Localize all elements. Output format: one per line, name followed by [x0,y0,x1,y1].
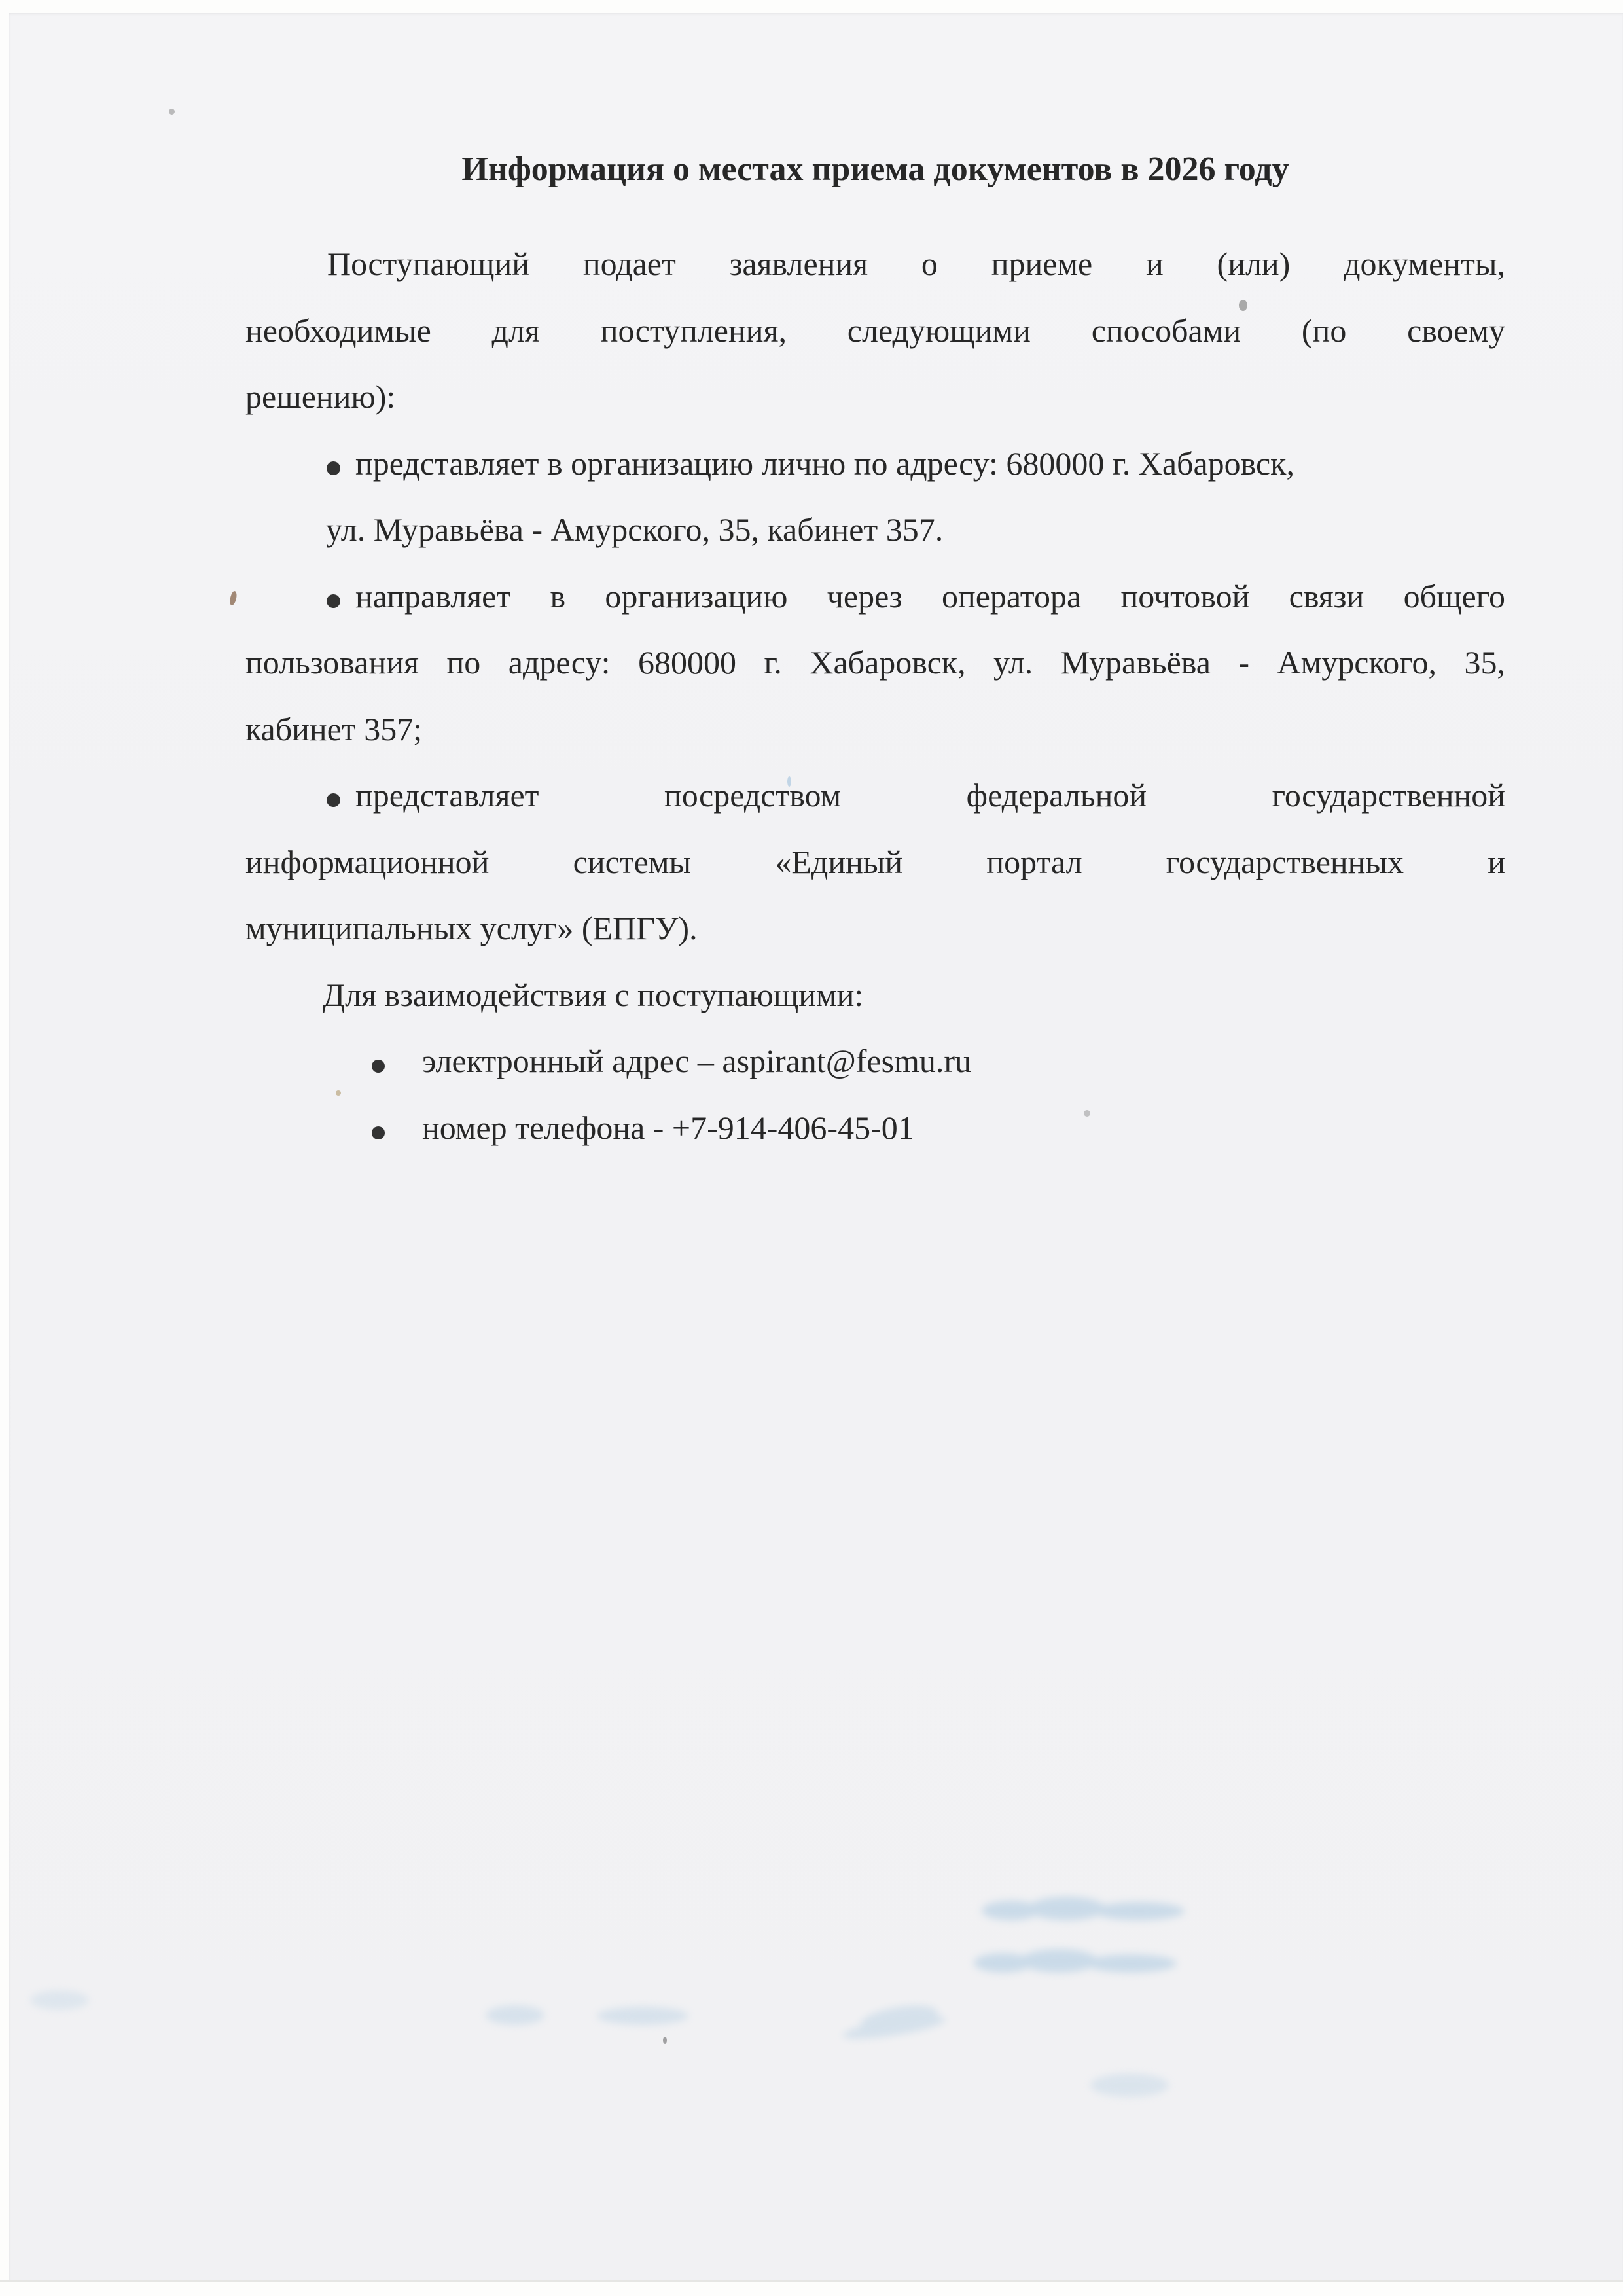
scan-speck [336,1090,341,1096]
bullet-icon [372,1060,385,1073]
bullet2-line1: направляет в организацию через оператора… [245,575,1505,617]
bullet1-line1: представляет в организацию лично по адре… [245,442,1505,484]
bullet3-line1: представляет посредством федеральной гос… [245,774,1505,816]
bullet3-line2: информационной системы «Единый портал го… [245,841,1505,883]
bullet2-line3: кабинет 357; [245,708,1505,750]
scan-speck [169,109,175,115]
stamp-bleed-artifact [486,2001,610,2036]
contact-email-text: электронный адрес – aspirant@fesmu.ru [422,1040,1505,1082]
stamp-bleed-artifact [1044,2073,1143,2101]
contact-phone-text: номер телефона - +7-914-406-45-01 [422,1107,1505,1149]
stamp-bleed-artifact [982,1897,1204,1927]
scan-speck [1084,1110,1090,1117]
bullet-icon [327,594,340,608]
bullet-icon [372,1126,385,1139]
scan-speck [1239,300,1247,311]
paragraph1-line3: решению): [245,376,1505,418]
stamp-bleed-artifact [974,1949,1183,1978]
scan-speck [787,776,791,787]
paragraph1-line2: необходимые для поступления, следующими … [245,310,1505,351]
bullet3-text1: представляет посредством федеральной гос… [355,774,1505,816]
bullet-icon [327,461,340,475]
bullet2-text1: направляет в организацию через оператора… [355,575,1505,617]
bullet-icon [327,793,340,807]
scanned-page: Информация о местах приема документов в … [0,0,1623,2296]
scan-speck [663,2037,667,2044]
bullet1-text1: представляет в организацию лично по адре… [355,442,1505,484]
bullet1-line2: ул. Муравьёва - Амурского, 35, кабинет 3… [245,509,1586,550]
document-title: Информация о местах приема документов в … [245,149,1505,190]
contact-email-row: электронный адрес – aspirant@fesmu.ru [245,1040,1505,1082]
stamp-bleed-artifact [30,1986,76,2028]
document-body: Информация о местах приема документов в … [245,0,1505,2296]
bullet2-line2: пользования по адресу: 680000 г. Хабаров… [245,641,1505,683]
bullet3-line3: муниципальных услуг» (ЕПГУ). [245,907,1505,949]
contact-phone-row: номер телефона - +7-914-406-45-01 [245,1107,1505,1149]
paragraph2-line: Для взаимодействия с поступающими: [245,974,1582,1016]
paragraph1-line1: Поступающий подает заявления о приеме и … [245,243,1505,285]
